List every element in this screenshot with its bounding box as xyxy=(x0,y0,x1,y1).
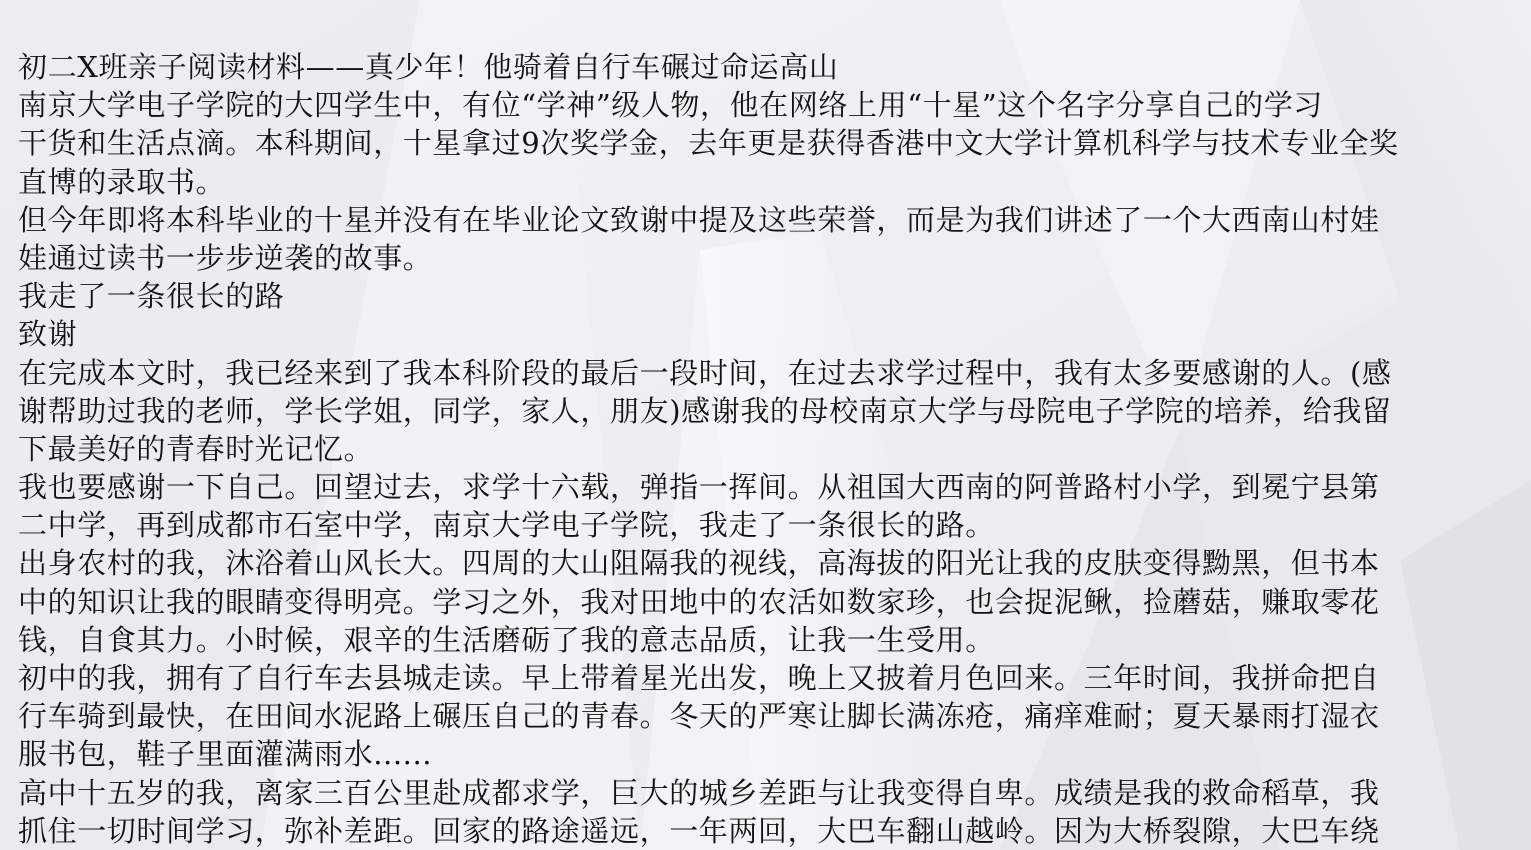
document-title: 初二X班亲子阅读材料——真少年！他骑着自行车碾过命运高山 xyxy=(18,48,1518,86)
intro-paragraph-line: 干货和生活点滴。本科期间，十星拿过9次奖学金，去年更是获得香港中文大学计算机科学… xyxy=(18,124,1518,162)
reading-material-document: 初二X班亲子阅读材料——真少年！他骑着自行车碾过命运高山 南京大学电子学院的大四… xyxy=(18,48,1518,850)
acknowledgement-paragraph-line: 下最美好的青春时光记忆。 xyxy=(18,430,1518,468)
intro-paragraph-line: 直博的录取书。 xyxy=(18,163,1518,201)
self-thanks-paragraph-line: 二中学，再到成都市石室中学，南京大学电子学院，我走了一条很长的路。 xyxy=(18,506,1518,544)
middle-school-paragraph-line: 初中的我，拥有了自行车去县城走读。早上带着星光出发，晚上又披着月色回来。三年时间… xyxy=(18,659,1518,697)
context-paragraph-line: 但今年即将本科毕业的十星并没有在毕业论文致谢中提及这些荣誉，而是为我们讲述了一个… xyxy=(18,201,1518,239)
childhood-paragraph-line: 出身农村的我，沐浴着山风长大。四周的大山阻隔我的视线，高海拔的阳光让我的皮肤变得… xyxy=(18,544,1518,582)
acknowledgement-heading: 致谢 xyxy=(18,315,1518,353)
intro-paragraph-line: 南京大学电子学院的大四学生中，有位“学神”级人物，他在网络上用“十星”这个名字分… xyxy=(18,86,1518,124)
high-school-paragraph-line: 高中十五岁的我，离家三百公里赴成都求学，巨大的城乡差距与让我变得自卑。成绩是我的… xyxy=(18,774,1518,812)
context-paragraph-line: 娃通过读书一步步逆袭的故事。 xyxy=(18,239,1518,277)
childhood-paragraph-line: 中的知识让我的眼睛变得明亮。学习之外，我对田地中的农活如数家珍，也会捉泥鳅，捡蘑… xyxy=(18,583,1518,621)
section-heading: 我走了一条很长的路 xyxy=(18,277,1518,315)
high-school-paragraph-line: 抓住一切时间学习，弥补差距。回家的路途遥远，一年两回，大巴车翻山越岭。因为大桥裂… xyxy=(18,812,1518,850)
middle-school-paragraph-line: 服书包，鞋子里面灌满雨水...... xyxy=(18,735,1518,773)
self-thanks-paragraph-line: 我也要感谢一下自己。回望过去，求学十六载，弹指一挥间。从祖国大西南的阿普路村小学… xyxy=(18,468,1518,506)
acknowledgement-paragraph-line: 谢帮助过我的老师，学长学姐，同学，家人，朋友)感谢我的母校南京大学与母院电子学院… xyxy=(18,392,1518,430)
acknowledgement-paragraph-line: 在完成本文时，我已经来到了我本科阶段的最后一段时间，在过去求学过程中，我有太多要… xyxy=(18,354,1518,392)
middle-school-paragraph-line: 行车骑到最快，在田间水泥路上碾压自己的青春。冬天的严寒让脚长满冻疮，痛痒难耐；夏… xyxy=(18,697,1518,735)
childhood-paragraph-line: 钱，自食其力。小时候，艰辛的生活磨砺了我的意志品质，让我一生受用。 xyxy=(18,621,1518,659)
